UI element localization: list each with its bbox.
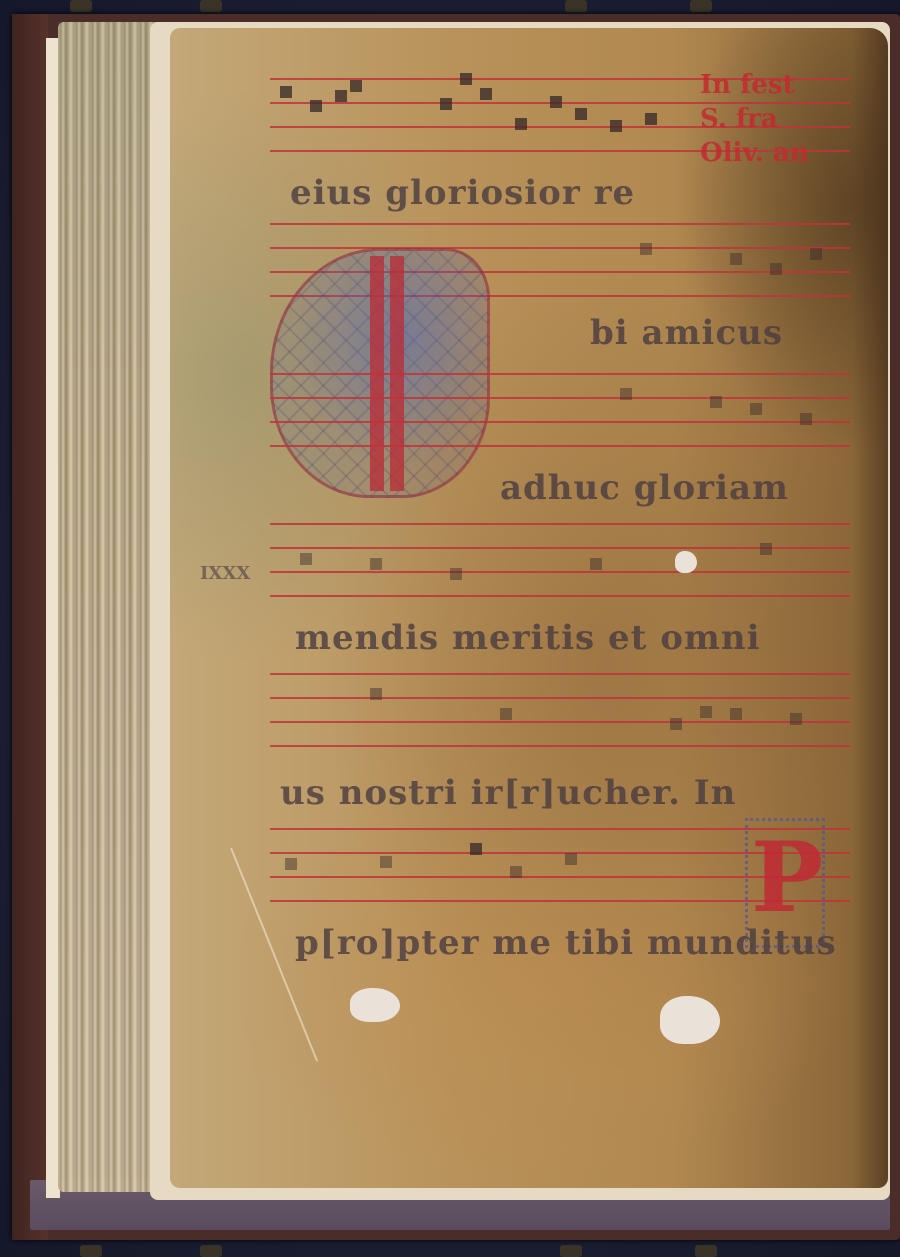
neume [710,396,722,408]
lyric-line: adhuc gloriam [500,468,789,508]
neume [300,553,312,565]
music-staff [270,373,850,453]
neume [310,100,322,112]
neume [730,253,742,265]
neume [760,543,772,555]
neume [575,108,587,120]
lyric-line: bi amicus [590,313,783,353]
top-clasp [200,0,222,12]
neume [380,856,392,868]
neume [450,568,462,580]
neume [645,113,657,125]
neume [590,558,602,570]
top-clasp [70,0,92,12]
neume [550,96,562,108]
neume [350,80,362,92]
initial-letter: P [751,828,823,928]
neume [730,708,742,720]
lyric-line: us nostri ir[r]ucher. In [280,773,736,813]
rubric-line: S. fra [700,102,809,136]
parchment-hole [350,988,400,1022]
neume [565,853,577,865]
neume [510,866,522,878]
neume [285,858,297,870]
neume [750,403,762,415]
margin-note: IXXX [200,563,250,584]
rubric: In fest S. fra Oliv. an [700,68,809,170]
cover-spine-edge [12,14,48,1240]
parchment-hole [660,996,720,1044]
neume [790,713,802,725]
bottom-clasp [80,1245,102,1257]
neume [470,843,482,855]
top-clasp [690,0,712,12]
manuscript-page: eius gloriosior re In fest S. fra Oliv. … [170,28,888,1188]
rubric-line: Oliv. an [700,136,809,170]
neume [460,73,472,85]
lyric-line: p[ro]pter me tibi munditus [295,923,837,963]
top-clasp [565,0,587,12]
neume [280,86,292,98]
rubric-line: In fest [700,68,809,102]
music-staff [270,673,850,753]
lyric-line: eius gloriosior re [290,173,635,213]
neume [370,688,382,700]
neume [620,388,632,400]
neume [670,718,682,730]
neume [770,263,782,275]
neume [440,98,452,110]
parchment-hole [675,551,697,573]
neume [370,558,382,570]
bottom-clasp [560,1245,582,1257]
neume [640,243,652,255]
neume [500,708,512,720]
bottom-clasp [695,1245,717,1257]
bottom-clasp [200,1245,222,1257]
neume [800,413,812,425]
neume [515,118,527,130]
neume [610,120,622,132]
music-staff [270,523,850,603]
neume [335,90,347,102]
neume [480,88,492,100]
neume [700,706,712,718]
lyric-line: mendis meritis et omni [295,618,761,658]
neume [810,248,822,260]
